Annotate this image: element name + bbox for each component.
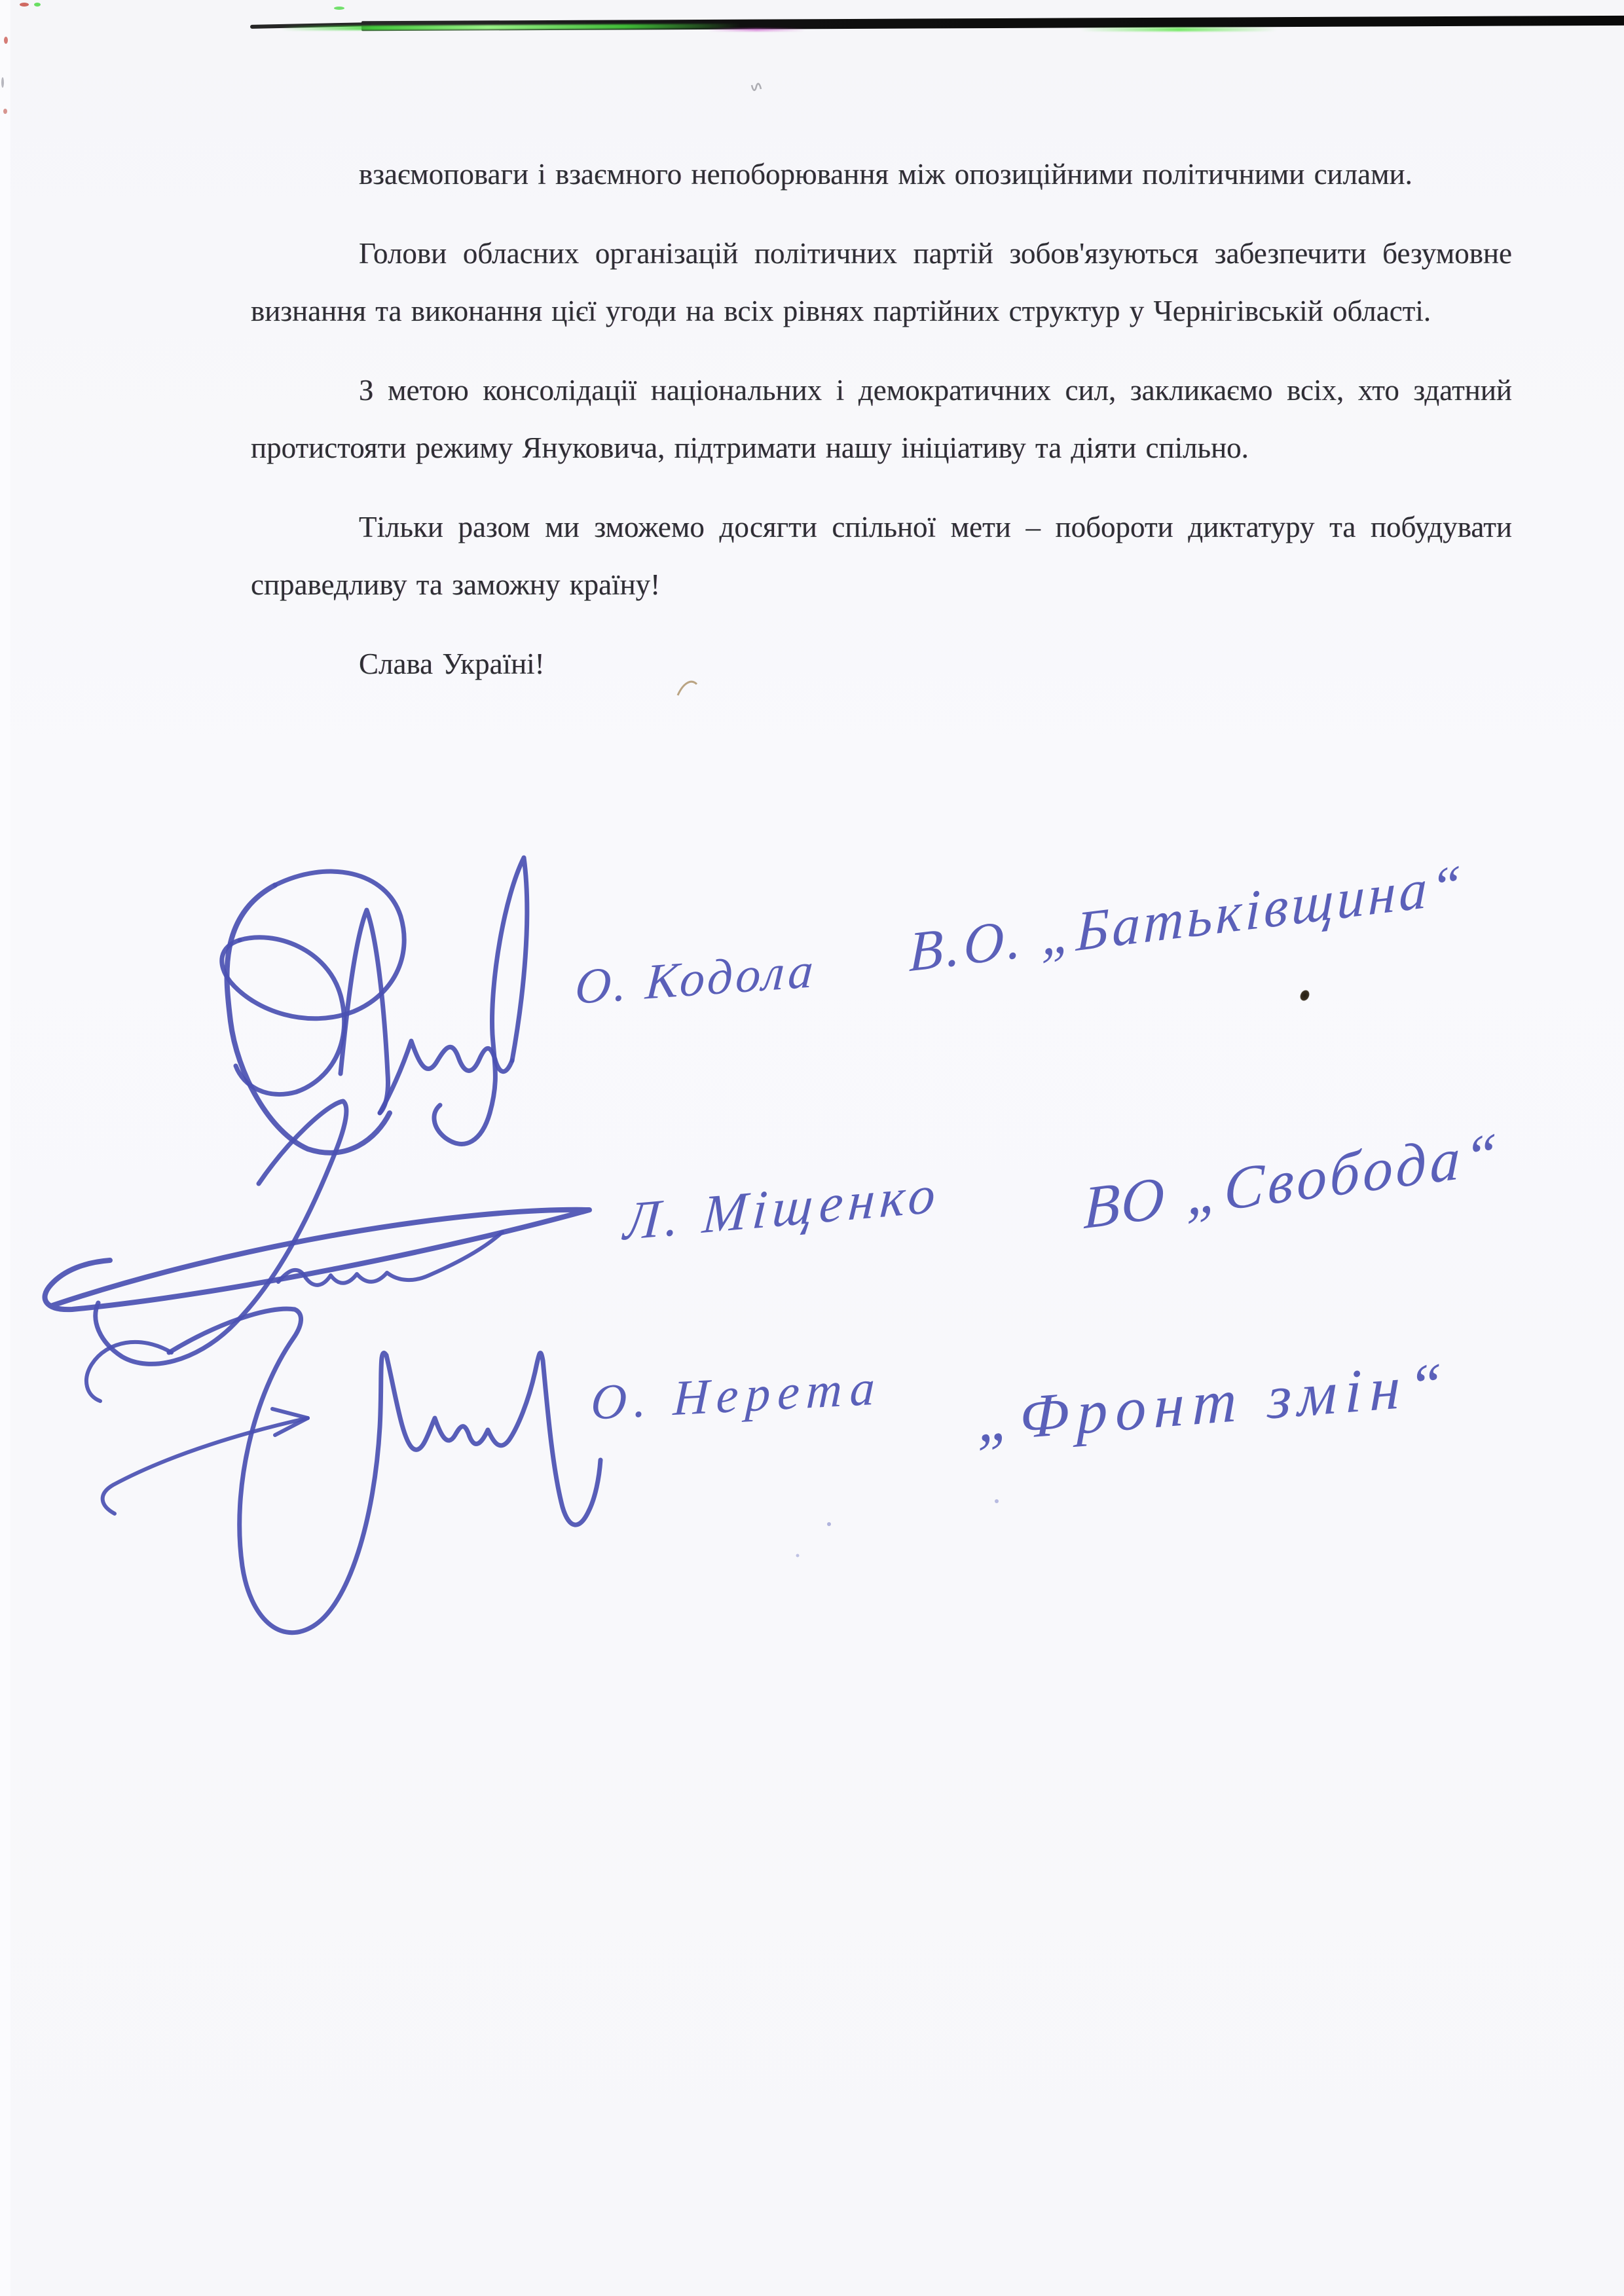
signature-stroke [236,938,344,1095]
signature-stroke [227,885,390,1153]
dust-speck [3,109,7,114]
signature-flourish-2 [45,1101,589,1364]
signature-stroke [169,1309,600,1633]
closing-slogan: Слава Україні! [251,635,1512,693]
paragraph-1: взаємоповаги і взаємного непоборювання м… [251,145,1512,203]
signature-stroke [341,910,388,1113]
paragraph-2: Голови обласних організацій політичних п… [251,225,1512,340]
dust-speck [20,3,29,7]
dust-speck [4,37,8,44]
signature-name-1: О. Кодола [573,942,818,1016]
paragraph-4: Тільки разом ми зможемо досягти спільної… [251,498,1512,613]
signature-stroke [434,858,527,1144]
signature-party-2: ВО „Свобода“ [1082,1118,1502,1243]
signature-flourish-3 [86,1309,600,1633]
signature-name-2: Л. Міщенко [622,1163,943,1252]
scanned-document-page: взаємоповаги і взаємного непоборювання м… [0,0,1624,2296]
signature-stroke [86,1342,172,1401]
document-text: взаємоповаги і взаємного непоборювання м… [251,145,1512,693]
signature-stroke [222,871,404,1019]
paragraph-3: З метою консолідації національних і демо… [251,361,1512,477]
ink-dot [796,1554,800,1558]
ink-dot [827,1522,831,1526]
scanner-green-fringe-2 [1080,27,1277,31]
ink-fly-speck [1299,989,1311,1002]
signature-stroke [103,1418,308,1514]
signature-stroke [96,1101,346,1364]
dust-speck [34,3,41,7]
signature-flourish-1 [222,858,527,1153]
signature-stroke [380,1041,512,1113]
signature-stroke [45,1210,589,1309]
ink-dot [995,1499,999,1503]
signature-name-3: О. Нерета [590,1359,883,1432]
dust-speck [334,7,344,10]
signature-arrowhead [272,1409,308,1435]
pencil-mark [752,84,761,90]
dust-speck [1,77,4,88]
signature-party-3: „Фронт змін“ [978,1348,1450,1456]
scanner-edge-strip [0,0,10,2296]
signature-stroke [278,1232,502,1285]
signature-party-1: В.О. „Батьківщина“ [908,850,1465,985]
scanner-magenta-fringe [707,28,805,31]
